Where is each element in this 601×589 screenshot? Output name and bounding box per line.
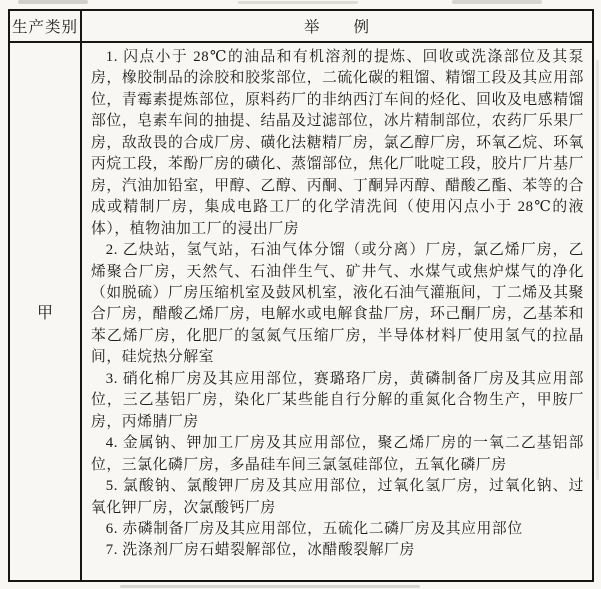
example-item-3: 3. 硝化棉厂房及其应用部位，赛璐珞厂房，黄磷制备厂房及其应用部位，三乙基铝厂房… bbox=[91, 369, 584, 433]
scanned-document-page: 生产类别 举 例 甲 1. 闪点小于 28℃的油品和有机溶剂的提炼、回收或洗涤部… bbox=[0, 0, 601, 589]
scan-artifact bbox=[596, 60, 599, 480]
scan-artifact bbox=[238, 1, 358, 4]
scan-artifact bbox=[18, 0, 88, 4]
example-item-2: 2. 乙炔站，氢气站，石油气体分馏（或分离）厂房，氯乙烯厂房，乙烯聚合厂房，天然… bbox=[91, 240, 584, 369]
example-item-4: 4. 金属钠、钾加工厂房及其应用部位，聚乙烯厂房的一氧二乙基铝部位，三氯化磷厂房… bbox=[91, 433, 584, 476]
production-category-table: 生产类别 举 例 甲 1. 闪点小于 28℃的油品和有机溶剂的提炼、回收或洗涤部… bbox=[8, 9, 594, 582]
scan-artifact bbox=[452, 0, 542, 4]
header-cell-examples: 举 例 bbox=[82, 11, 592, 41]
category-cell: 甲 bbox=[10, 43, 82, 580]
scan-artifact bbox=[120, 585, 420, 588]
table-body-row: 甲 1. 闪点小于 28℃的油品和有机溶剂的提炼、回收或洗涤部位及其泵房，橡胶制… bbox=[10, 43, 592, 580]
example-item-6: 6. 赤磷制备厂房及其应用部位，五硫化二磷厂房及其应用部位 bbox=[91, 519, 584, 540]
example-item-1: 1. 闪点小于 28℃的油品和有机溶剂的提炼、回收或洗涤部位及其泵房，橡胶制品的… bbox=[91, 47, 584, 240]
header-cell-category: 生产类别 bbox=[10, 11, 82, 41]
examples-cell: 1. 闪点小于 28℃的油品和有机溶剂的提炼、回收或洗涤部位及其泵房，橡胶制品的… bbox=[82, 43, 592, 580]
example-item-7: 7. 洗涤剂厂房石蜡裂解部位，冰醋酸裂解厂房 bbox=[91, 540, 584, 561]
table-header-row: 生产类别 举 例 bbox=[10, 11, 592, 43]
example-item-5: 5. 氯酸钠、氯酸钾厂房及其应用部位，过氧化氢厂房，过氧化钠、过氧化钾厂房，次氯… bbox=[91, 476, 584, 519]
